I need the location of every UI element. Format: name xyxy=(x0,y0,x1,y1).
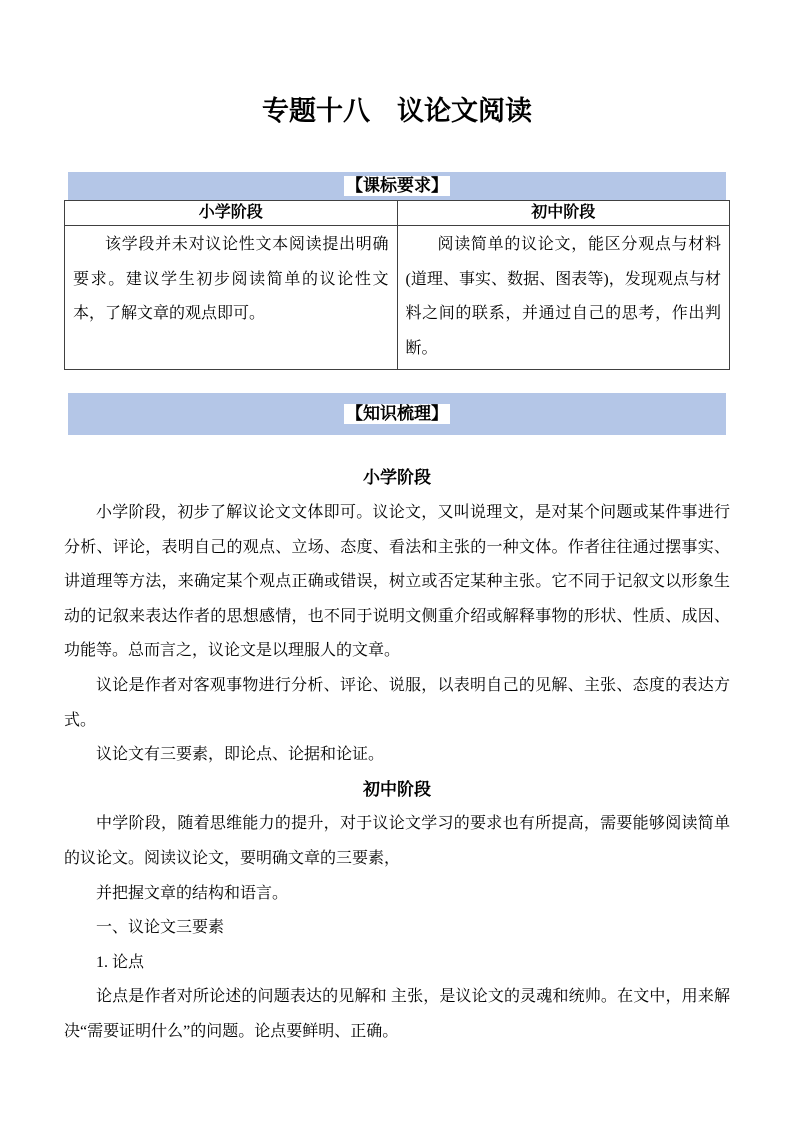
banner-knowledge-outline: 【知识梳理】 xyxy=(68,393,726,435)
primary-stage-paragraph-2: 议论是作者对客观事物进行分析、评论、说服，以表明自己的见解、主张、态度的表达方式… xyxy=(64,669,730,738)
document-page: 专题十八 议论文阅读 【课标要求】 小学阶段 初中阶段 该学段并未对议论性文本阅… xyxy=(0,0,794,1123)
table-header-middle-stage: 初中阶段 xyxy=(397,201,730,226)
list-item-lundian-heading: 1. 论点 xyxy=(64,946,730,981)
banner-knowledge-outline-label: 【知识梳理】 xyxy=(344,404,450,424)
table-cell-middle-stage: 阅读简单的议论文，能区分观点与材料(道理、事实、数据、图表等)，发现观点与材料之… xyxy=(397,226,730,370)
table-header-row: 小学阶段 初中阶段 xyxy=(65,201,730,226)
table-cell-primary-stage: 该学段并未对议论性文本阅读提出明确要求。建议学生初步阅读简单的议论性文本，了解文… xyxy=(65,226,398,370)
table-header-primary-stage: 小学阶段 xyxy=(65,201,398,226)
banner-curriculum-requirements: 【课标要求】 xyxy=(68,172,726,200)
list-heading-three-elements: 一、议论文三要素 xyxy=(64,911,730,946)
primary-stage-requirement-text: 该学段并未对议论性文本阅读提出明确要求。建议学生初步阅读简单的议论性文本，了解文… xyxy=(73,228,389,332)
primary-stage-paragraph-3: 议论文有三要素，即论点、论据和论证。 xyxy=(64,738,730,773)
section-heading-primary-stage: 小学阶段 xyxy=(64,461,730,496)
page-title: 专题十八 议论文阅读 xyxy=(64,0,730,130)
middle-stage-requirement-text: 阅读简单的议论文，能区分观点与材料(道理、事实、数据、图表等)，发现观点与材料之… xyxy=(406,228,722,366)
banner-curriculum-requirements-label: 【课标要求】 xyxy=(344,176,450,196)
lundian-definition-paragraph: 论点是作者对所论述的问题表达的见解和 主张，是议论文的灵魂和统帅。在文中，用来解… xyxy=(64,980,730,1049)
table-body-row: 该学段并未对议论性文本阅读提出明确要求。建议学生初步阅读简单的议论性文本，了解文… xyxy=(65,226,730,370)
middle-stage-paragraph-2: 并把握文章的结构和语言。 xyxy=(64,877,730,912)
primary-stage-paragraph-1: 小学阶段，初步了解议论文文体即可。议论文，又叫说理文，是对某个问题或某件事进行分… xyxy=(64,496,730,669)
curriculum-standards-table: 小学阶段 初中阶段 该学段并未对议论性文本阅读提出明确要求。建议学生初步阅读简单… xyxy=(64,200,730,370)
section-heading-middle-stage: 初中阶段 xyxy=(64,773,730,808)
middle-stage-paragraph-1: 中学阶段，随着思维能力的提升，对于议论文学习的要求也有所提高，需要能够阅读简单的… xyxy=(64,807,730,876)
